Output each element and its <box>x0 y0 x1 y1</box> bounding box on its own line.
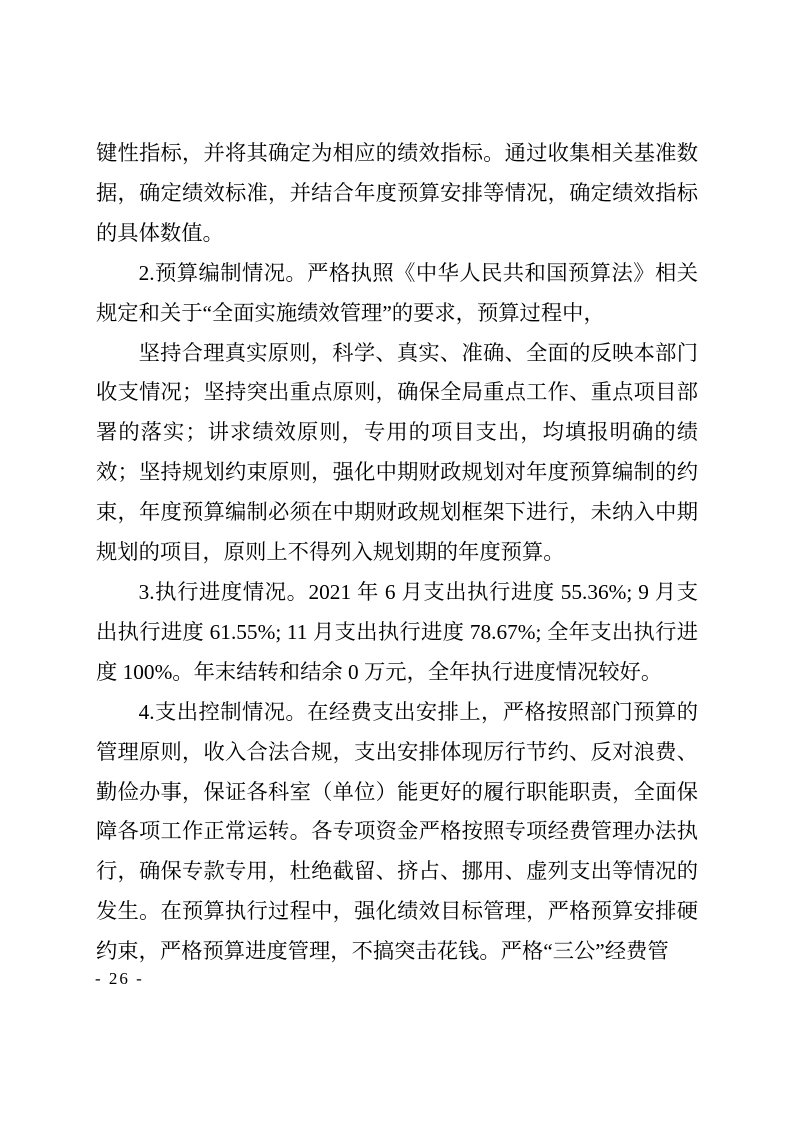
document-body: 键性指标，并将其确定为相应的绩效指标。通过收集相关基准数据，确定绩效标准，并结合… <box>96 134 698 972</box>
document-page: 键性指标，并将其确定为相应的绩效指标。通过收集相关基准数据，确定绩效标准，并结合… <box>0 0 793 1122</box>
paragraph: 4.支出控制情况。在经费支出安排上，严格按照部门预算的管理原则，收入合法合规，支… <box>96 693 698 972</box>
paragraph: 2.预算编制情况。严格执照《中华人民共和国预算法》相关规定和关于“全面实施绩效管… <box>96 254 698 334</box>
page-number: - 26 - <box>95 966 144 992</box>
paragraph: 键性指标，并将其确定为相应的绩效指标。通过收集相关基准数据，确定绩效标准，并结合… <box>96 134 698 254</box>
paragraph: 3.执行进度情况。2021 年 6 月支出执行进度 55.36%; 9 月支出执… <box>96 573 698 693</box>
paragraph: 坚持合理真实原则，科学、真实、准确、全面的反映本部门收支情况；坚持突出重点原则，… <box>96 334 698 573</box>
